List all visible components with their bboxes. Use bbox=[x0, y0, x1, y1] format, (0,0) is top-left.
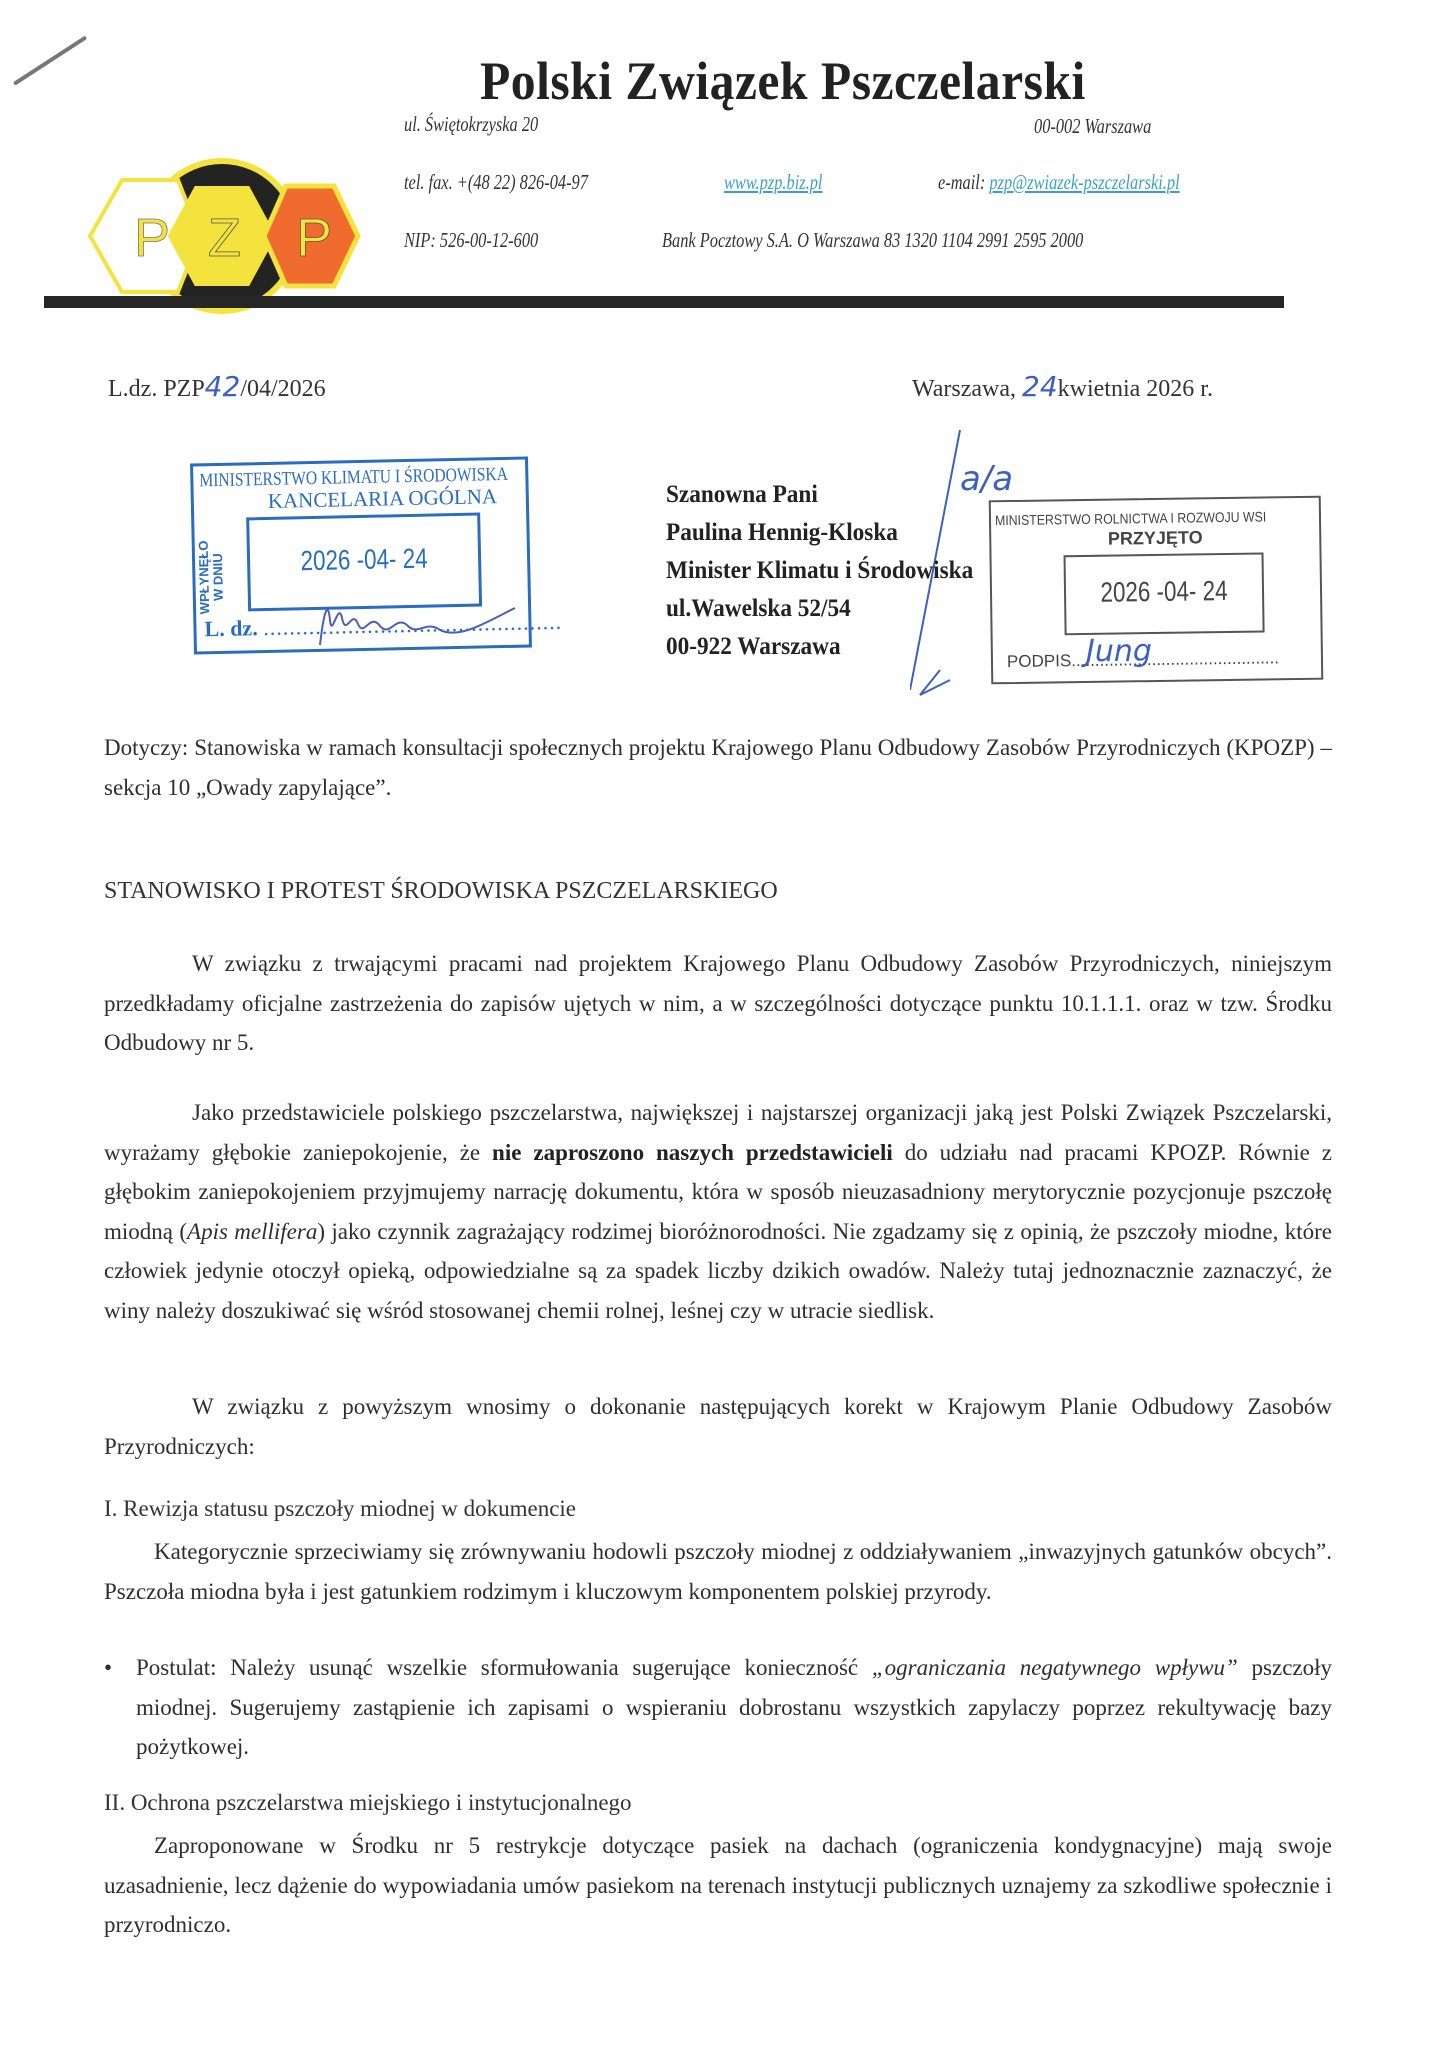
signature-scribble-1 bbox=[300, 590, 520, 650]
p2-bold: nie zaproszono naszych przedstawicieli bbox=[492, 1140, 893, 1165]
paragraph-2: Jako przedstawiciele polskiego pszczelar… bbox=[104, 1093, 1332, 1330]
ldz-label: L. dz. bbox=[204, 615, 258, 641]
bullet-italic: „ograniczania negatywnego wpływu” bbox=[872, 1655, 1238, 1680]
section-1-text: Kategorycznie sprzeciwiamy się zrównywan… bbox=[104, 1532, 1332, 1611]
nip: NIP: 526-00-12-600 bbox=[404, 228, 538, 253]
agriculture-ministry-stamp: MINISTERSTWO ROLNICTWA I ROZWOJU WSI PRZ… bbox=[989, 496, 1324, 685]
addressee-line: Minister Klimatu i Środowiska bbox=[666, 552, 973, 590]
organization-name: Polski Związek Pszczelarski bbox=[480, 50, 1086, 112]
reference-number: L.dz. PZP42/04/2026 bbox=[108, 370, 326, 403]
pen-mark bbox=[13, 35, 87, 85]
date-suffix: kwietnia 2026 r. bbox=[1058, 376, 1213, 402]
document-title: STANOWISKO I PROTEST ŚRODOWISKA PSZCZELA… bbox=[104, 878, 778, 905]
date-line: Warszawa, 24kwietnia 2026 r. bbox=[912, 370, 1213, 403]
addressee-line: Paulina Hennig-Kloska bbox=[666, 514, 973, 552]
bank-account: Bank Pocztowy S.A. O Warszawa 83 1320 11… bbox=[662, 228, 1083, 253]
logo-letter-1: P bbox=[134, 208, 170, 268]
reference-suffix: /04/2026 bbox=[240, 376, 325, 402]
addressee-line: Szanowna Pani bbox=[666, 476, 973, 514]
email-link[interactable]: pzp@zwiazek-pszczelarski.pl bbox=[989, 170, 1179, 194]
p2-italic: Apis mellifera bbox=[187, 1219, 317, 1244]
handwritten-reference-number: 42 bbox=[205, 370, 241, 403]
section-2-heading: II. Ochrona pszczelarstwa miejskiego i i… bbox=[104, 1790, 632, 1816]
signature-label: PODPIS bbox=[1007, 651, 1072, 671]
email-label: e-mail: bbox=[938, 170, 985, 194]
stamp-subtitle: KANCELARIA OGÓLNA bbox=[268, 484, 498, 514]
email-row: e-mail: pzp@zwiazek-pszczelarski.pl bbox=[938, 170, 1180, 195]
bullet-text-a: Postulat: Należy usunąć wszelkie sformuł… bbox=[136, 1655, 872, 1680]
section-1-heading: I. Rewizja statusu pszczoły miodnej w do… bbox=[104, 1496, 576, 1522]
reference-prefix: L.dz. PZP bbox=[108, 376, 205, 402]
date-prefix: Warszawa, bbox=[912, 376, 1016, 402]
stamp-subtitle: PRZYJĘTO bbox=[991, 526, 1319, 552]
subject-line: Dotyczy: Stanowiska w ramach konsultacji… bbox=[104, 728, 1332, 807]
handwritten-day: 24 bbox=[1022, 370, 1058, 403]
addressee-line: ul.Wawelska 52/54 bbox=[666, 590, 973, 628]
paragraph-1: W związku z trwającymi pracami nad proje… bbox=[104, 944, 1332, 1063]
paragraph-3: W związku z powyższym wnosimy o dokonani… bbox=[104, 1387, 1332, 1466]
phone: tel. fax. +(48 22) 826-04-97 bbox=[404, 170, 588, 195]
logo-letter-3: P bbox=[296, 208, 332, 268]
addressee-block: Szanowna Pani Paulina Hennig-Kloska Mini… bbox=[666, 476, 973, 666]
stamp-date: 2026 -04- 24 bbox=[273, 542, 456, 578]
stamp-side-label: WPŁYNĘŁO W DNIU bbox=[196, 531, 248, 622]
address-street: ul. Świętokrzyska 20 bbox=[404, 112, 538, 137]
stamp-title: MINISTERSTWO ROLNICTWA I ROZWOJU WSI bbox=[995, 508, 1266, 528]
logo-letter-2: Z bbox=[208, 208, 241, 268]
stamp-date-box: 2026 -04- 24 bbox=[1064, 552, 1265, 635]
header-divider bbox=[44, 296, 1284, 308]
addressee-line: 00-922 Warszawa bbox=[666, 628, 973, 666]
address-city: 00-002 Warszawa bbox=[1034, 114, 1151, 139]
section-1-bullet: Postulat: Należy usunąć wszelkie sformuł… bbox=[104, 1648, 1332, 1767]
side-label-2: W DNIU bbox=[210, 553, 226, 601]
section-2-text: Zaproponowane w Środku nr 5 restrykcje d… bbox=[104, 1826, 1332, 1945]
handwritten-signature-2: Jung bbox=[1086, 634, 1152, 669]
pzp-logo: P Z P bbox=[72, 150, 372, 320]
stamp-date: 2026 -04- 24 bbox=[1085, 575, 1242, 609]
website-link[interactable]: www.pzp.biz.pl bbox=[724, 170, 822, 195]
